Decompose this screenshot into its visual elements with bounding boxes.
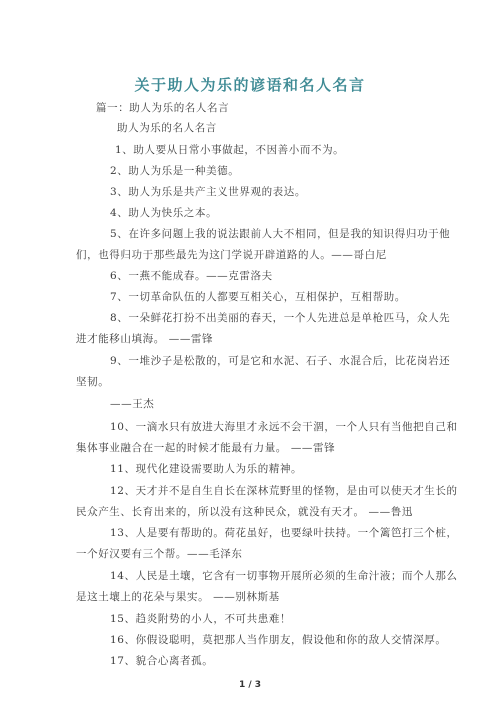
quote-line-8b: 进才能移山填海。 ——雷锋	[76, 332, 213, 346]
quote-line-6: 6、一燕不能成春。——克雷洛夫	[110, 269, 273, 283]
quote-line-10a: 10、一滴水只有放进大海里才永远不会干涸，一个人只有当他把自己和	[110, 420, 458, 434]
quote-line-11: 11、现代化建设需要助人为乐的精神。	[110, 462, 302, 476]
quote-line-1: 1、助人要从日常小事做起，不因善小而不为。	[115, 143, 344, 157]
quote-line-12a: 12、天才并不是自生自长在深林荒野里的怪物，是由可以使天才生长的	[110, 484, 458, 498]
quote-line-2: 2、助人为乐是一种美德。	[110, 164, 239, 178]
page-indicator: 1 / 3	[0, 680, 500, 690]
quote-line-4: 4、助人为快乐之本。	[110, 206, 217, 220]
quote-line-16: 16、你假设聪明，莫把那人当作朋友，假设他和你的敌人交情深厚。	[110, 633, 446, 647]
quote-line-13a: 13、人是要有帮助的。荷花虽好，也要绿叶扶持。一个篱笆打三个桩，	[110, 526, 458, 540]
quote-line-17: 17、貌合心离者孤。	[110, 654, 213, 668]
quote-line-12b: 民众产生、长育出来的，所以没有这种民众，就没有天才。 ——鲁迅	[76, 505, 413, 519]
quote-line-9a: 9、一堆沙子是松散的，可是它和水泥、石子、水混合后，比花岗岩还	[110, 354, 450, 368]
subheading: 助人为乐的名人名言	[117, 121, 217, 135]
document-title: 关于助人为乐的谚语和名人名言	[0, 74, 500, 95]
quote-line-10b: 集体事业融合在一起的时候才能最有力量。 ——雷锋	[76, 441, 335, 455]
quote-line-15: 15、趋炎附势的小人，不可共患难！	[110, 612, 291, 626]
quote-line-7: 7、一切革命队伍的人都要互相关心，互相保护，互相帮助。	[110, 290, 406, 304]
quote-line-3: 3、助人为乐是共产主义世界观的表达。	[110, 185, 306, 199]
quote-line-14b: 是这土壤上的花朵与果实。 ——别林斯基	[76, 590, 280, 604]
quote-line-14a: 14、人民是土壤，它含有一切事物开展所必须的生命汁液；而个人那么	[110, 569, 458, 583]
quote-line-5a: 5、在许多问题上我的说法跟前人大不相同，但是我的知识得归功于他	[110, 227, 450, 241]
quote-line-9-author: ——王杰	[110, 397, 154, 411]
section-heading: 篇一：助人为乐的名人名言	[96, 101, 229, 115]
quote-line-13b: 一个好汉要有三个帮。——毛泽东	[76, 547, 243, 561]
document-page: 关于助人为乐的谚语和名人名言 篇一：助人为乐的名人名言 助人为乐的名人名言 1、…	[0, 0, 500, 707]
quote-line-8a: 8、一朵鲜花打扮不出美丽的春天，一个人先进总是单枪匹马，众人先	[110, 311, 450, 325]
quote-line-9b: 坚韧。	[76, 375, 109, 389]
quote-line-5b: 们，也得归功于那些最先为这门学说开辟道路的人。——哥白尼	[76, 248, 387, 262]
